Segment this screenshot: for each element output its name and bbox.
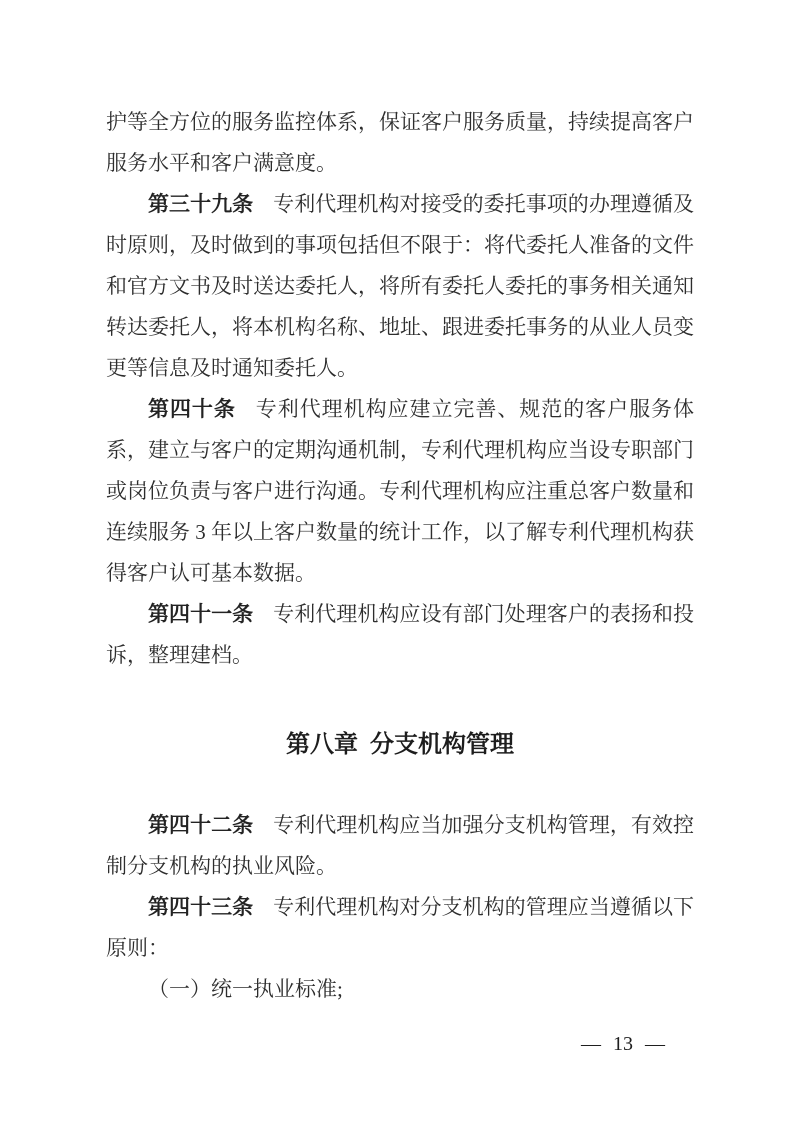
document-page: 护等全方位的服务监控体系，保证客户服务质量，持续提高客户服务水平和客户满意度。 … [0, 0, 793, 1122]
page-number: 13 [613, 1031, 633, 1057]
chapter-number: 第八章 [286, 732, 358, 758]
paragraph-text: 专利代理机构应建立完善、规范的客户服务体系，建立与客户的定期沟通机制，专利代理机… [106, 397, 694, 585]
paragraph-list-item-1: （一）统一执业标准; [106, 969, 694, 1010]
paragraph-text: （一）统一执业标准; [148, 977, 343, 1001]
article-number-label: 第三十九条 [148, 192, 253, 216]
paragraph-article-40: 第四十条专利代理机构应建立完善、规范的客户服务体系，建立与客户的定期沟通机制，专… [106, 389, 694, 594]
chapter-heading: 第八章分支机构管理 [106, 725, 694, 766]
paragraph-continuation: 护等全方位的服务监控体系，保证客户服务质量，持续提高客户服务水平和客户满意度。 [106, 102, 694, 184]
page-footer: — 13 — [581, 1031, 665, 1057]
paragraph-article-42: 第四十二条专利代理机构应当加强分支机构管理，有效控制分支机构的执业风险。 [106, 805, 694, 887]
article-number-label: 第四十一条 [148, 602, 253, 626]
article-number-label: 第四十条 [148, 397, 236, 421]
article-number-label: 第四十二条 [148, 813, 253, 837]
paragraph-article-43: 第四十三条专利代理机构对分支机构的管理应当遵循以下原则： [106, 887, 694, 969]
footer-dash-left: — [581, 1031, 601, 1057]
page-body-text: 护等全方位的服务监控体系，保证客户服务质量，持续提高客户服务水平和客户满意度。 … [106, 102, 694, 1010]
footer-dash-right: — [645, 1031, 665, 1057]
paragraph-text: 专利代理机构对接受的委托事项的办理遵循及时原则，及时做到的事项包括但不限于：将代… [106, 192, 694, 380]
chapter-title: 分支机构管理 [370, 732, 514, 758]
paragraph-article-39: 第三十九条专利代理机构对接受的委托事项的办理遵循及时原则，及时做到的事项包括但不… [106, 184, 694, 389]
article-number-label: 第四十三条 [148, 895, 253, 919]
paragraph-text: 护等全方位的服务监控体系，保证客户服务质量，持续提高客户服务水平和客户满意度。 [106, 110, 694, 175]
paragraph-article-41: 第四十一条专利代理机构应设有部门处理客户的表扬和投诉，整理建档。 [106, 594, 694, 676]
